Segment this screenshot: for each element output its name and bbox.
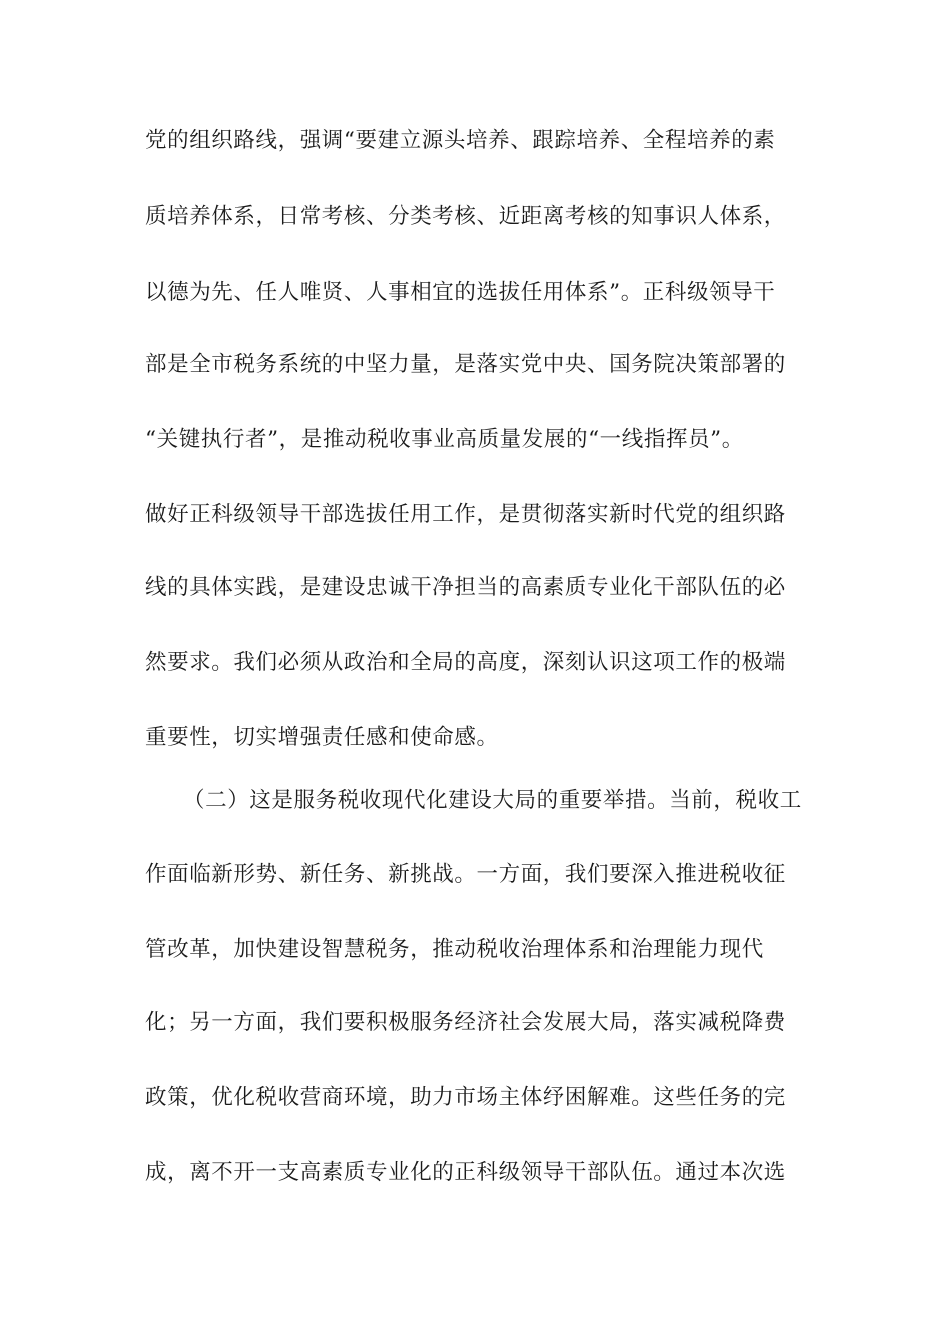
text-line: 作面临新形势、新任务、新挑战。一方面，我们要深入推进税收征 <box>145 860 810 890</box>
text-line: 做好正科级领导干部选拔任用工作，是贯彻落实新时代党的组织路 <box>145 500 810 530</box>
text-line: 部是全市税务系统的中坚力量，是落实党中央、国务院决策部署的 <box>145 350 810 380</box>
text-line: 重要性，切实增强责任感和使命感。 <box>145 723 810 753</box>
text-line: 然要求。我们必须从政治和全局的高度，深刻认识这项工作的极端 <box>145 648 810 678</box>
text-line: 成，离不开一支高素质专业化的正科级领导干部队伍。通过本次选 <box>145 1158 810 1188</box>
text-line: 化；另一方面，我们要积极服务经济社会发展大局，落实减税降费 <box>145 1008 810 1038</box>
text-line: 质培养体系，日常考核、分类考核、近距离考核的知事识人体系， <box>145 202 810 232</box>
text-line: 政策，优化税收营商环境，助力市场主体纾困解难。这些任务的完 <box>145 1083 810 1113</box>
document-page: 党的组织路线，强调“要建立源头培养、跟踪培养、全程培养的素 质培养体系，日常考核… <box>0 0 950 1344</box>
text-line: 管改革，加快建设智慧税务，推动税收治理体系和治理能力现代 <box>145 935 810 965</box>
text-line: 线的具体实践，是建设忠诚干净担当的高素质专业化干部队伍的必 <box>145 573 810 603</box>
text-line: 党的组织路线，强调“要建立源头培养、跟踪培养、全程培养的素 <box>145 126 810 156</box>
text-line: “关键执行者”，是推动税收事业高质量发展的“一线指挥员”。 <box>145 425 810 455</box>
text-line: 以德为先、任人唯贤、人事相宜的选拔任用体系”。正科级领导干 <box>145 278 810 308</box>
paragraph-start-line: （二）这是服务税收现代化建设大局的重要举措。当前，税收工 <box>183 786 848 816</box>
